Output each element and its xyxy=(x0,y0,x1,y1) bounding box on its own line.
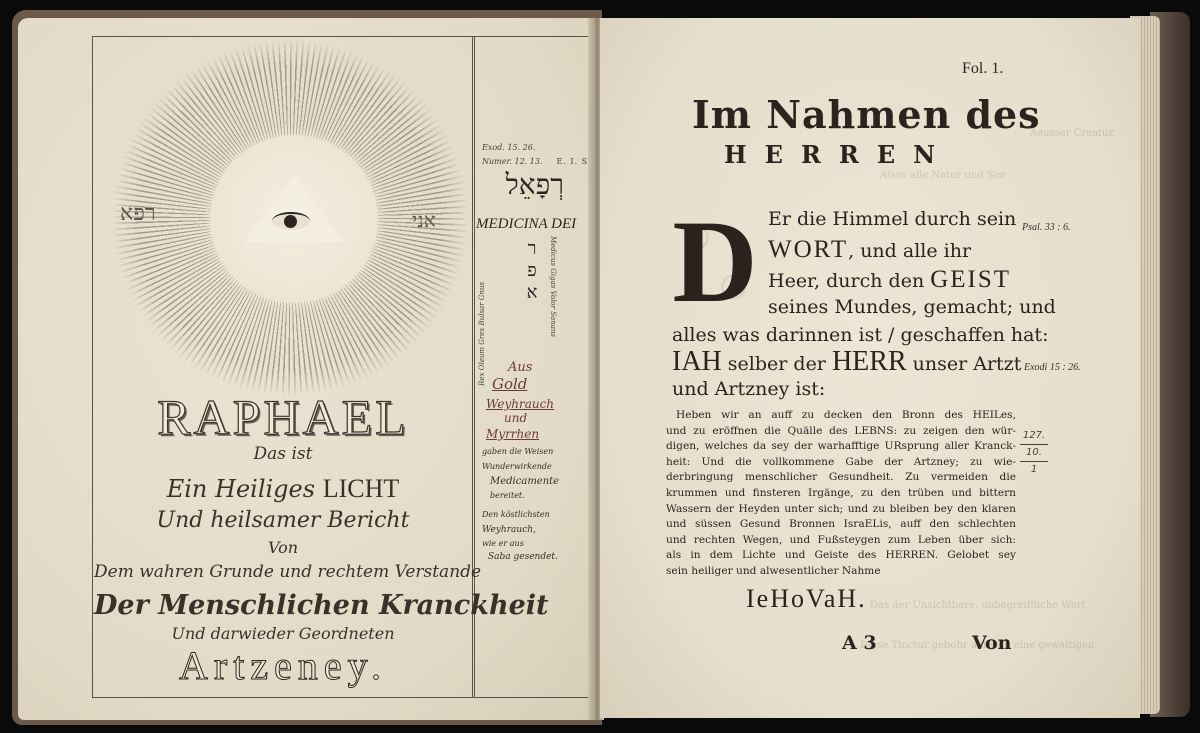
caps-word: IAH xyxy=(672,346,722,377)
handwritten-line: Wunderwirkende xyxy=(482,462,590,471)
subtitle-text: Ein Heiliges xyxy=(167,475,315,503)
handwritten-line: Myrrhen xyxy=(482,427,590,441)
handwritten-line: Weyhrauch, xyxy=(482,525,590,535)
divine-name: IeHoVaH. xyxy=(746,584,867,614)
gloss: Gnus xyxy=(478,282,486,300)
engraving-hebrew-right: אני xyxy=(412,208,436,233)
eis-label: E. I. S xyxy=(557,157,589,166)
title-raphael: RAPHAEL xyxy=(94,388,472,446)
paragraph-line: derbringung menschlicher Gesundheit. Zu … xyxy=(666,470,1016,486)
pen-note-line: 127. xyxy=(1020,428,1048,445)
hebrew-letter: פ xyxy=(520,260,544,282)
heading-line-1: Im Nahmen des xyxy=(692,92,1041,137)
opening-line: IAH selber der HERR unser Artzt xyxy=(672,346,1021,378)
pen-note-line: 1 xyxy=(1020,462,1048,478)
line-text: unser Artzt xyxy=(907,353,1022,375)
handwritten-line: Weyhrauch xyxy=(482,397,590,411)
subtitle-line: Und darwieder Geordneten xyxy=(94,624,472,643)
gloss: Valor xyxy=(549,291,557,309)
opening-line: Heer, durch den GEIST xyxy=(768,266,1011,294)
ornamental-dropcap-d: D xyxy=(668,200,762,324)
opening-line: und Artzney ist: xyxy=(672,378,825,400)
opening-line: alles was darinnen ist / geschaffen hat: xyxy=(672,324,1048,346)
hebrew-letter: א xyxy=(520,282,544,304)
subtitle-line: Dem wahren Grunde und rechtem Verstande xyxy=(94,562,472,582)
subtitle-line: Ein Heiliges LICHT xyxy=(94,474,472,504)
hebrew-letter: ר xyxy=(520,238,544,260)
handwritten-margin-sum: 127. 10. 1 xyxy=(1020,428,1048,478)
handwritten-line: Gold xyxy=(482,375,590,393)
margin-reference: Psal. 33 : 6. xyxy=(1022,222,1071,233)
line-text: selber der xyxy=(722,353,832,375)
handwritten-line: bereitet. xyxy=(482,491,590,500)
gloss: Sanans xyxy=(549,311,557,337)
subtitle-line: Von xyxy=(94,538,472,557)
gloss: Grex xyxy=(478,328,486,345)
paragraph-line: sein heiliger und alwesentlicher Nahme xyxy=(666,564,1016,580)
paragraph-line: krummen und finsteren Irgänge, zu den tr… xyxy=(666,486,1016,502)
handwritten-line: Saba gesendet. xyxy=(482,552,590,562)
open-book: רפא אני RAPHAEL Das ist Ein Heiliges LIC… xyxy=(0,0,1200,733)
gloss: Medicus xyxy=(549,236,557,266)
caps-word: GEIST xyxy=(930,266,1011,293)
handwritten-line: Aus xyxy=(482,360,590,375)
medicina-dei: MEDICINA DEI xyxy=(476,216,576,233)
opening-line: WORT, und alle ihr xyxy=(768,236,971,264)
caps-word: HERR xyxy=(832,346,907,377)
ref-line: Exod. 15. 26. xyxy=(482,141,588,155)
subtitle-line: Und heilsamer Bericht xyxy=(94,508,472,533)
vertical-glosses-right: Medicus Gigas Valor Sanans xyxy=(548,236,557,337)
handwritten-line: wie er aus xyxy=(482,539,590,548)
heading-line-2: HERREN xyxy=(724,140,953,169)
gloss: Bulsar xyxy=(478,302,486,325)
hebrew-letter-column: ר פ א xyxy=(520,238,544,304)
scripture-references: Exod. 15. 26. Numer. 12. 13.E. I. S xyxy=(482,141,588,169)
ref-text: Numer. 12. 13. xyxy=(482,157,543,166)
show-through-text: Aeusser Creatur. xyxy=(1030,128,1115,139)
subtitle-artzeney: Artzeney. xyxy=(94,642,472,689)
opening-line: Er die Himmel durch sein xyxy=(768,208,1016,230)
paragraph-line: Heben wir an auff zu decken den Bronn de… xyxy=(666,408,1016,424)
pen-note-line: 10. xyxy=(1020,445,1048,462)
opening-line: seines Mundes, gemacht; und xyxy=(768,296,1056,318)
gloss: Gigas xyxy=(549,268,557,288)
paragraph-line: heit: Und die vollkommene Gabe der Artzn… xyxy=(666,455,1016,471)
paragraph-line: digen, welches da sey der warhafftige UR… xyxy=(666,439,1016,455)
paragraph-line: und süssen Gesund Bronnen IsraELis, auff… xyxy=(666,517,1016,533)
margin-reference: Exodi 15 : 26. xyxy=(1024,362,1081,373)
hebrew-raphael: רְפָאֵל xyxy=(484,168,564,202)
handwritten-line: Medicamente xyxy=(482,476,590,487)
subtitle-line: Der Menschlichen Kranckheit xyxy=(94,590,472,621)
handwritten-annotation: Aus Gold Weyhrauch und Myrrhen gaben die… xyxy=(482,358,590,562)
line-text: , und alle ihr xyxy=(848,240,971,262)
signature-mark: A 3 xyxy=(842,632,877,654)
body-paragraph: Heben wir an auff zu decken den Bronn de… xyxy=(666,408,1016,580)
ref-line: Numer. 12. 13.E. I. S xyxy=(482,155,588,169)
show-through-text: Das der Unsichtbare, unbegreiffliche Wor… xyxy=(870,600,1086,611)
paragraph-line: als in dem Lichte und Geiste des HERREN.… xyxy=(666,548,1016,564)
line-text: Heer, durch den xyxy=(768,270,930,292)
paragraph-line: und rechten Wegen, und Fußsteygen zum Le… xyxy=(666,533,1016,549)
caps-word: WORT xyxy=(768,236,848,263)
handwritten-line: Den köstlichsten xyxy=(482,510,590,519)
subtitle-line: Das ist xyxy=(94,444,472,464)
pupil-icon xyxy=(284,215,297,228)
eye-of-providence-icon xyxy=(272,212,310,230)
triangle-icon xyxy=(244,176,344,242)
paragraph-line: und zu eröffnen die Quälle des LEBNS: zu… xyxy=(666,424,1016,440)
show-through-text: Alsso alle Natur und See xyxy=(880,170,1006,181)
engraving-hebrew-left: רפא xyxy=(120,200,156,226)
handwritten-line: und xyxy=(482,411,590,425)
handwritten-line: gaben die Weisen xyxy=(482,447,590,456)
subtitle-caps: LICHT xyxy=(323,474,400,503)
folio-number: Fol. 1. xyxy=(962,60,1003,78)
paragraph-line: Wassern der Heyden unter sich; und zu bl… xyxy=(666,502,1016,518)
catchword: Von xyxy=(972,632,1011,654)
